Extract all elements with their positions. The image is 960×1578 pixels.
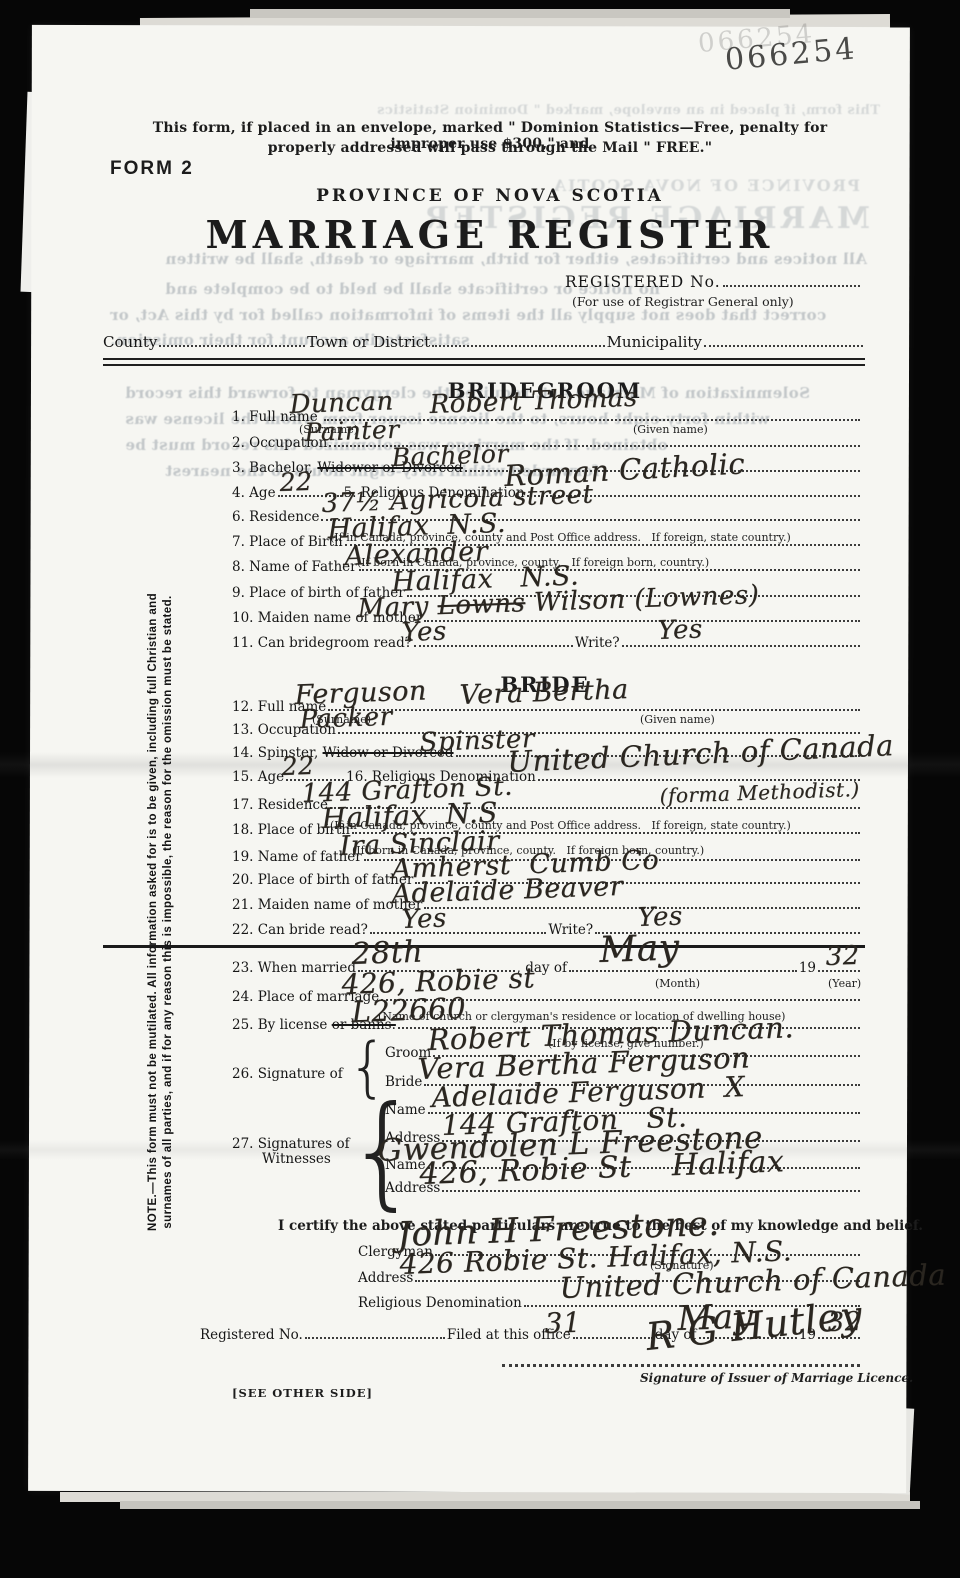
margin-note: NOTE.—This form must not be mutilated. A… — [146, 554, 176, 1270]
dotted-line — [328, 708, 860, 711]
hw-bridegroom-write: Yes — [657, 616, 703, 644]
sheet-edge-bottom-2 — [120, 1501, 920, 1509]
field-label: 11. Can bridegroom read? — [232, 637, 412, 651]
field-when-married: 23. When married , day of 19 — [232, 957, 862, 975]
dotted-line — [424, 619, 860, 622]
dotted-line — [723, 284, 860, 287]
see-other-side-label: [SEE OTHER SIDE] — [232, 1386, 373, 1400]
field-bride-read-write: 22. Can bride read? Write? — [232, 919, 862, 937]
registrar-only-caption: (For use of Registrar General only) — [572, 296, 794, 309]
write-label: Write? — [548, 924, 593, 938]
scanned-document-canvas: This form, if placed in an envelope, mar… — [0, 0, 960, 1578]
registered-no-label: REGISTERED No. — [565, 275, 721, 291]
witnesses-label-line2: Witnesses — [262, 1153, 331, 1167]
hw-bridegroom-given-name: Robert Thomas — [429, 385, 638, 418]
hw-filed-day: 31 — [544, 1309, 582, 1338]
margin-note-line2: surnames of all parties, and if for any … — [161, 554, 176, 1270]
hw-marriage-year: 32 — [825, 943, 860, 970]
dotted-line — [432, 344, 604, 347]
field-place-of-marriage: 24. Place of marriage — [232, 986, 862, 1004]
dotted-line — [159, 344, 305, 347]
bleedthrough-text: correct that does not supply all the ite… — [110, 308, 826, 323]
document-title: MARRIAGE REGISTER — [180, 212, 800, 257]
field-label: 25. By license — [232, 1019, 332, 1033]
write-label: Write? — [575, 637, 620, 651]
bleedthrough-text: This form, if placed in an envelope, mar… — [280, 104, 880, 117]
municipality-label: Municipality — [607, 335, 702, 350]
field-label: 20. Place of birth of father — [232, 874, 413, 888]
dotted-line — [442, 1189, 860, 1192]
hw-bride-age: 22 — [281, 753, 315, 779]
form-number-label: FORM 2 — [110, 158, 194, 180]
dotted-line — [704, 344, 863, 347]
margin-note-line1: NOTE.—This form must not be mutilated. A… — [146, 554, 161, 1270]
field-label: 6. Residence — [232, 511, 319, 525]
hw-bridegroom-surname: Duncan — [289, 388, 394, 418]
hw-bride-read: Yes — [401, 905, 447, 933]
signature-of-label: 26. Signature of — [232, 1068, 343, 1082]
sheet-edge-top-2 — [250, 9, 790, 18]
hw-mother-struck: Lowns — [437, 588, 526, 621]
hw-bridegroom-read: Yes — [401, 618, 447, 646]
witnesses-label-line1: 27. Signatures of — [232, 1138, 350, 1152]
dotted-line — [324, 418, 860, 421]
double-rule — [103, 358, 865, 366]
hw-bride-occupation: Packer — [299, 704, 393, 733]
issuer-signature-caption: Signature of Issuer of Marriage Licence. — [640, 1372, 913, 1384]
hw-bridegroom-marital-status: Bachelor — [391, 441, 509, 470]
registered-label: Registered No. — [200, 1329, 303, 1343]
dotted-line — [573, 1336, 653, 1339]
denomination-label: Religious Denomination — [358, 1297, 522, 1311]
year-prefix-label: 19 — [799, 962, 816, 976]
field-label: 4. Age — [232, 487, 276, 501]
dotted-line — [370, 931, 547, 934]
field-label: 15. Age — [232, 771, 284, 785]
field-label: 8. Name of Father — [232, 561, 357, 575]
registered-no-field: REGISTERED No. — [565, 272, 862, 290]
dotted-line — [502, 1363, 860, 1367]
county-town-municipality-row: County Town or District Municipality — [103, 332, 865, 350]
hw-bridegroom-occupation: Painter — [304, 417, 400, 445]
field-label: 23. When married — [232, 962, 356, 976]
name-label: Name — [385, 1104, 426, 1118]
dotted-line — [305, 1336, 445, 1339]
hw-bride-mother: Adelaide Beaver — [391, 873, 623, 908]
hw-bride-former-denomination-note: (forma Methodist.) — [659, 779, 860, 806]
hw-bride-given-name: Vera Bertha — [459, 676, 629, 709]
field-label: 22. Can bride read? — [232, 924, 368, 938]
hw-marriage-month: May — [599, 930, 680, 969]
province-heading: PROVINCE OF NOVA SCOTIA — [180, 186, 800, 206]
field-bridegroom-read-write: 11. Can bridegroom read? Write? — [232, 632, 862, 650]
section-rule — [103, 945, 865, 948]
mail-instruction-line2: properly addressed will pass through the… — [130, 140, 850, 156]
field-bridegroom-birthplace: 7. Place of Birth — [232, 531, 862, 549]
hw-bridegroom-age: 22 — [279, 469, 313, 495]
field-label: 7. Place of Birth — [232, 536, 343, 550]
county-label: County — [103, 335, 157, 350]
town-district-label: Town or District — [307, 335, 430, 350]
